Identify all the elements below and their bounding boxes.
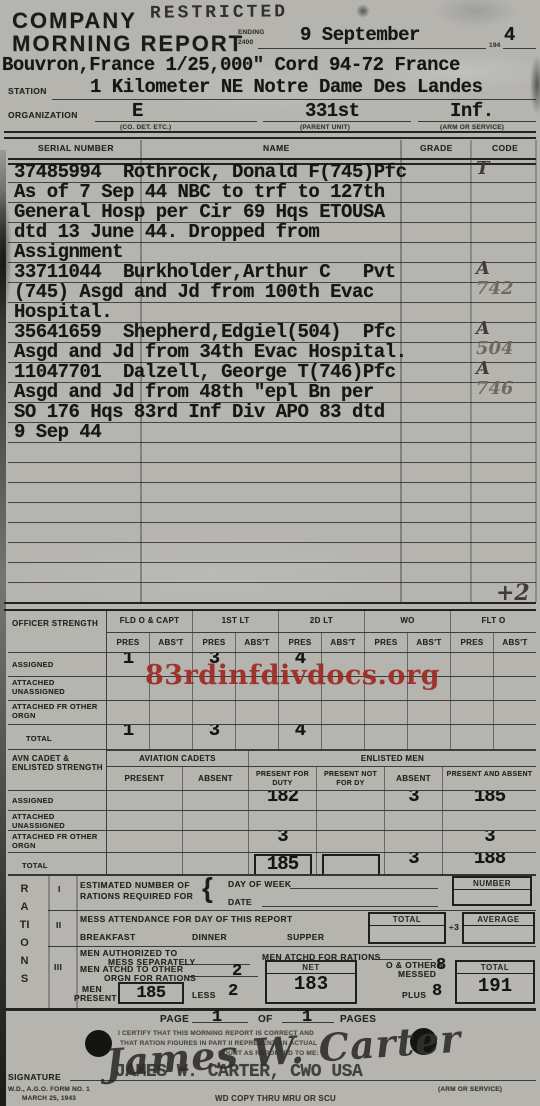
subcol-present-and-absent: PRESENT AND ABSENT: [443, 767, 536, 790]
cell: [494, 701, 536, 724]
net-box: NET 183: [265, 960, 357, 1004]
arm-or-service-label: (ARM OR SERVICE): [438, 1086, 502, 1093]
cell: [494, 725, 536, 749]
cell: 185: [249, 853, 317, 874]
total-box: TOTAL: [368, 912, 446, 944]
subcol-present-not-for-dy: PRESENT NOT FOR DY: [317, 767, 385, 790]
officer-group-wo: WO: [365, 611, 451, 632]
roster-line: Hospital.: [8, 302, 536, 323]
day-of-week-label: DAY OF WEEK: [228, 879, 291, 889]
officer-strength-label: OFFICER STRENGTH: [8, 610, 107, 652]
roster-line-text: SO 176 Hqs 83rd Inf Div APO 83 dtd: [14, 402, 385, 422]
plus-value: 8: [432, 982, 442, 1001]
rations-total-value: 191: [457, 974, 533, 996]
total-box-title: TOTAL: [370, 914, 444, 926]
rations-roman-1: I: [58, 884, 61, 894]
cell: 185: [443, 791, 536, 810]
enlisted-strength-label: AVN CADET & ENLISTED STRENGTH: [8, 750, 107, 790]
men-present-label2: PRESENT: [74, 993, 117, 1003]
roster-line: 9 Sep 44: [8, 422, 536, 443]
signature-line: [70, 1068, 536, 1081]
breakfast-label: BREAKFAST: [80, 932, 136, 942]
cell: 3: [249, 831, 317, 852]
row-label: ATTACHED FR OTHER ORGN: [8, 831, 107, 852]
cell: [322, 701, 365, 724]
roster-line-text: Hospital.: [14, 302, 112, 322]
roster-line: 37485994 Rothrock, Donald F(745)PfcT: [8, 162, 536, 183]
roster-line-text: 37485994 Rothrock, Donald F(745)Pfc: [14, 162, 406, 182]
roster-line-text: 35641659 Shepherd,Edgiel(504) Pfc: [14, 322, 396, 342]
roster-code-mark: A: [476, 259, 490, 279]
subcol-abst: ABS'T: [150, 633, 193, 652]
cell: 1: [107, 653, 150, 676]
station-underline: [52, 84, 536, 100]
rations-colsep: [48, 876, 50, 1010]
roster-empty-line: [8, 462, 536, 483]
org-underline-2: [263, 106, 411, 122]
enlisted-row-attached-fr-other: ATTACHED FR OTHER ORGN 3 3: [8, 830, 536, 852]
subcol-absent-em: ABSENT: [385, 767, 443, 790]
cell: [408, 701, 451, 724]
col-code: CODE: [492, 143, 518, 153]
rations-1-label1: ESTIMATED NUMBER OF: [80, 880, 190, 890]
supper-label: SUPPER: [287, 932, 324, 942]
cell: 3: [443, 831, 536, 852]
roster-code-mark: A: [476, 319, 490, 339]
cell: 182: [249, 791, 317, 810]
orgn-for-rations-line: [188, 962, 258, 977]
cell: [249, 811, 317, 830]
roster-code-pencil: 746: [476, 379, 514, 399]
date-label: DATE: [228, 897, 252, 907]
restricted-stamp: RESTRICTED: [150, 2, 288, 23]
row-label: ATTACHED UNASSIGNED: [8, 677, 107, 700]
org-parent-sublabel: (PARENT UNIT): [300, 124, 350, 131]
cell: [317, 811, 385, 830]
cell: [236, 725, 279, 749]
rations-bottom-rule: [4, 1008, 536, 1011]
roster-line: Assignment: [8, 242, 536, 263]
subcol-pres: PRES: [451, 633, 494, 652]
rations-rowsep: [48, 946, 536, 947]
row-label: TOTAL: [8, 853, 107, 874]
subcol-absent: ABSENT: [183, 767, 249, 790]
cell: [107, 791, 183, 810]
subcol-present-for-duty: PRESENT FOR DUTY: [249, 767, 317, 790]
pages-line: [282, 1008, 334, 1023]
roster-empty-line: [8, 522, 536, 543]
subcol-pres: PRES: [365, 633, 408, 652]
subcol-present: PRESENT: [107, 767, 183, 790]
cell: [107, 701, 150, 724]
cell: 3: [385, 791, 443, 810]
date-underline: [258, 33, 486, 49]
cell: [451, 701, 494, 724]
rations-total-title: TOTAL: [457, 962, 533, 974]
cell: [183, 811, 249, 830]
page-line: [192, 1008, 248, 1023]
cell: [107, 853, 183, 874]
brace-glyph: {: [202, 872, 213, 904]
roster-empty-line: [8, 582, 536, 603]
men-atchd-line: [372, 949, 432, 960]
roster-empty-line: [8, 502, 536, 523]
cell: [236, 701, 279, 724]
cell: [408, 725, 451, 749]
subcol-abst: ABS'T: [494, 633, 536, 652]
roster-line: General Hosp per Cir 69 Hqs ETOUSA: [8, 202, 536, 223]
roster-line-text: Assignment: [14, 242, 123, 262]
officer-group-header: FLD O & CAPT 1ST LT 2D LT WO FLT O: [107, 610, 536, 632]
roster-code-mark: T: [476, 159, 489, 179]
messed-value: 8: [436, 956, 446, 975]
station-label: STATION: [8, 86, 47, 96]
signature-label: SIGNATURE: [8, 1072, 61, 1082]
roster-line-text: Asgd and Jd from 34th Evac Hospital.: [14, 342, 406, 362]
officer-group-1stlt: 1ST LT: [193, 611, 279, 632]
form-number: W.D., A.G.O. FORM NO. 1: [8, 1086, 90, 1093]
col-serial-number: SERIAL NUMBER: [38, 143, 114, 153]
rations-total-box: TOTAL 191: [455, 960, 535, 1004]
roster-empty-line: [8, 442, 536, 463]
cell: [317, 853, 385, 874]
roster-line-text: As of 7 Sep 44 NBC to trf to 127th: [14, 182, 385, 202]
roster-line: 11047701 Dalzell, George T(746)PfcA: [8, 362, 536, 383]
number-box-title: NUMBER: [454, 878, 530, 890]
roster-line: Asgd and Jd from 34th Evac Hospital.504: [8, 342, 536, 363]
cell: [365, 725, 408, 749]
rations-roman-2: II: [56, 920, 62, 930]
cell: [322, 725, 365, 749]
date-line: [262, 894, 438, 907]
cell: [451, 653, 494, 676]
cell: [279, 701, 322, 724]
roster-code-mark: A: [476, 359, 490, 379]
roster-line: (745) Asgd and Jd from 100th Evac742: [8, 282, 536, 303]
row-label: ASSIGNED: [8, 791, 107, 810]
enlisted-subheader: PRESENT ABSENT PRESENT FOR DUTY PRESENT …: [107, 766, 536, 790]
boxed-total-present: 185: [254, 854, 312, 874]
roster-line-text: General Hosp per Cir 69 Hqs ETOUSA: [14, 202, 385, 222]
boxed-total-not-for-duty: [322, 854, 380, 874]
subcol-pres: PRES: [193, 633, 236, 652]
officer-subheader: PRES ABS'T PRES ABS'T PRES ABS'T PRES AB…: [107, 632, 536, 652]
cell: 4: [279, 725, 322, 749]
roster-line: 33711044 Burkholder,Arthur C PvtA: [8, 262, 536, 283]
officer-row-attached-fr-other: ATTACHED FR OTHER ORGN: [8, 700, 536, 724]
form-date: MARCH 25, 1943: [22, 1095, 76, 1102]
col-grade: GRADE: [420, 143, 453, 153]
officer-group-flto: FLT O: [451, 611, 536, 632]
roster-code-pencil: 504: [476, 339, 514, 359]
rations-1-label2: RATIONS REQUIRED FOR: [80, 891, 193, 901]
cell: [451, 725, 494, 749]
rations-side-label: RATIONS: [18, 880, 31, 988]
subcol-abst: ABS'T: [236, 633, 279, 652]
roster-header-row: SERIAL NUMBER NAME GRADE CODE: [8, 140, 536, 158]
men-present-box: 185: [118, 982, 184, 1004]
cell: 3: [193, 725, 236, 749]
year-prefix: 194: [489, 42, 500, 49]
group-aviation-cadets: AVIATION CADETS: [107, 751, 249, 766]
roster-empty-line: [8, 562, 536, 583]
ending-time: 2400: [238, 39, 253, 46]
less-label: LESS: [192, 990, 216, 1000]
row-label: ASSIGNED: [8, 653, 107, 676]
average-box: AVERAGE: [462, 912, 535, 944]
day-of-week-line: [290, 876, 438, 889]
roster-empty-line: [8, 482, 536, 503]
enlisted-row-total: TOTAL 185 3 188: [8, 852, 536, 876]
subcol-abst: ABS'T: [322, 633, 365, 652]
morning-report-scan: COMPANY MORNING REPORT RESTRICTED ENDING…: [0, 0, 540, 1106]
subcol-pres: PRES: [107, 633, 150, 652]
cell: 188: [443, 853, 536, 874]
place-line: Bouvron,France 1/25,000" Cord 94-72 Fran…: [2, 54, 460, 76]
subcol-pres: PRES: [279, 633, 322, 652]
roster-line-text: 9 Sep 44: [14, 422, 101, 442]
cell: [494, 677, 536, 700]
number-box: NUMBER: [452, 876, 532, 906]
cell: [150, 701, 193, 724]
roster-line-text: 33711044 Burkholder,Arthur C Pvt: [14, 262, 396, 282]
org-underline-3: [418, 106, 536, 122]
subcol-abst: ABS'T: [408, 633, 451, 652]
group-enlisted-men: ENLISTED MEN: [249, 751, 536, 766]
enlisted-row-assigned: ASSIGNED 182 3 185: [8, 790, 536, 810]
officer-row-total: TOTAL 1 3 4: [8, 724, 536, 750]
divide-by-3: ÷3: [449, 922, 459, 932]
cell: [183, 853, 249, 874]
cell: [193, 701, 236, 724]
page-label: PAGE: [160, 1014, 189, 1025]
cell: [317, 791, 385, 810]
rations-colsep: [76, 876, 78, 1010]
roster-line-text: 11047701 Dalzell, George T(746)Pfc: [14, 362, 396, 382]
cell: [317, 831, 385, 852]
enlisted-row-attached-unassigned: ATTACHED UNASSIGNED: [8, 810, 536, 830]
cell: [107, 811, 183, 830]
cell: [451, 677, 494, 700]
cell: [385, 811, 443, 830]
org-company-sublabel: (CO. DET. ETC.): [120, 124, 171, 131]
cell: [183, 791, 249, 810]
messed-label: MESSED: [398, 969, 436, 979]
enlisted-group-header: AVIATION CADETS ENLISTED MEN: [107, 750, 536, 766]
row-label: ATTACHED UNASSIGNED: [8, 811, 107, 830]
cell: [183, 831, 249, 852]
cell: [385, 831, 443, 852]
men-present-value: 185: [136, 984, 165, 1003]
less-value: 2: [228, 982, 238, 1001]
net-box-value: 183: [267, 974, 355, 994]
site-watermark: 83rdinfdivdocs.org: [145, 660, 440, 691]
row-label: TOTAL: [8, 725, 107, 749]
wd-copy-line: WD COPY THRU MRU OR SCU: [215, 1094, 336, 1103]
cell: [150, 725, 193, 749]
cell: [107, 677, 150, 700]
row-label: ATTACHED FR OTHER ORGN: [8, 701, 107, 724]
roster-line-text: dtd 13 June 44. Dropped from: [14, 222, 319, 242]
org-underline-1: [95, 106, 257, 122]
organization-label: ORGANIZATION: [8, 110, 78, 120]
mess-attendance-label: MESS ATTENDANCE FOR DAY OF THIS REPORT: [80, 914, 293, 924]
rations-rowsep: [48, 910, 536, 911]
rations-roman-3: III: [54, 962, 62, 972]
header-divider: [4, 131, 536, 139]
roster-line-text: (745) Asgd and Jd from 100th Evac: [14, 282, 374, 302]
cell: 1: [107, 725, 150, 749]
dinner-label: DINNER: [192, 932, 227, 942]
roster-line: dtd 13 June 44. Dropped from: [8, 222, 536, 243]
roster-empty-line: [8, 542, 536, 563]
roster-line: SO 176 Hqs 83rd Inf Div APO 83 dtd: [8, 402, 536, 423]
col-name: NAME: [263, 143, 290, 153]
roster-line: Asgd and Jd from 48th "epl Bn per746: [8, 382, 536, 403]
cell: [443, 811, 536, 830]
roster-line: 35641659 Shepherd,Edgiel(504) PfcA: [8, 322, 536, 343]
cell: [365, 701, 408, 724]
cell: [107, 831, 183, 852]
cell: 3: [385, 853, 443, 874]
officer-group-2dlt: 2D LT: [279, 611, 365, 632]
roster-code-pencil: 742: [476, 279, 514, 299]
roster-line: As of 7 Sep 44 NBC to trf to 127th: [8, 182, 536, 203]
officer-group-fldo: FLD O & CAPT: [107, 611, 193, 632]
of-label: OF: [258, 1014, 273, 1025]
average-box-title: AVERAGE: [464, 914, 533, 926]
year-underline: [503, 33, 536, 49]
cell: [494, 653, 536, 676]
plus-label: PLUS: [402, 990, 426, 1000]
scan-smudge: [356, 4, 370, 18]
org-arm-sublabel: (ARM OR SERVICE): [440, 124, 504, 131]
roster-line-text: Asgd and Jd from 48th "epl Bn per: [14, 382, 374, 402]
